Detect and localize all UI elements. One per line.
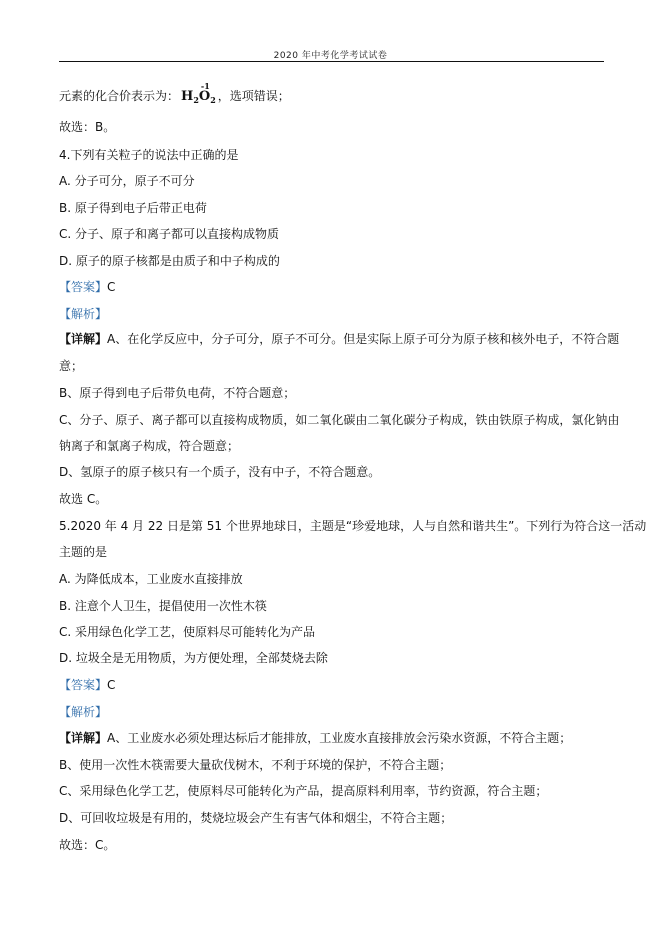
detail-label: 【详解】 [59,731,107,745]
question-5-stem-line2: 主题的是 [59,544,107,560]
header-divider [59,61,604,62]
question-5-detail-line: 【详解】A、工业废水必须处理达标后才能排放，工业废水直接排放会污染水资源，不符合… [59,730,571,746]
question-5-detail-line: B、使用一次性木筷需要大量砍伐树木，不利于环境的保护，不符合主题； [59,757,451,773]
answer-label: 【答案】 [59,678,107,692]
question-5-option-b: B. 注意个人卫生，提倡使用一次性木筷 [59,598,267,614]
question-4-option-b: B. 原子得到电子后带正电荷 [59,200,207,216]
question-5-detail-line: D、可回收垃圾是有用的，焚烧垃圾会产生有害气体和烟尘，不符合主题； [59,810,452,826]
question-4-detail-line: 【详解】A、在化学反应中，分子可分，原子不可分。但是实际上原子可分为原子核和核外… [59,331,619,347]
header-title: 2020 年中考化学考试试卷 [0,48,661,61]
question-5-stem-line1: 5.2020 年 4 月 22 日是第 51 个世界地球日，主题是“珍爱地球，人… [59,518,646,534]
question-4-detail-line: C、分子、原子、离子都可以直接构成物质，如二氧化碳由二氧化碳分子构成，铁由铁原子… [59,412,619,428]
detail-label: 【详解】 [59,332,107,346]
question-4-option-c: C. 分子、原子和离子都可以直接构成物质 [59,226,279,242]
question-4-detail-line: 钠离子和氯离子构成，符合题意； [59,438,239,454]
question-4-detail-line: B、原子得到电子后带负电荷，不符合题意； [59,385,295,401]
question-4-option-a: A. 分子可分，原子不可分 [59,173,195,189]
question-4-detail-line: D、氢原子的原子核只有一个质子，没有中子，不符合题意。 [59,464,380,480]
answer-label: 【答案】 [59,280,107,294]
valence-mark: -1 [201,78,210,94]
question-5-option-a: A. 为降低成本，工业废水直接排放 [59,571,243,587]
question-4-option-d: D. 原子的原子核都是由质子和中子构成的 [59,253,280,269]
question-4-analysis-label: 【解析】 [59,306,107,322]
question-4-detail-line: 意； [59,358,83,374]
h2o2-formula: H2-1O2 [181,89,216,108]
question-4-answer: 【答案】C [59,279,115,295]
question-5-option-d: D. 垃圾全是无用物质，为方便处理，全部焚烧去除 [59,650,328,666]
question-5-option-c: C. 采用绿色化学工艺，使原料尽可能转化为产品 [59,624,315,640]
valence-line: 元素的化合价表示为：H2-1O2，选项错误； [59,88,290,108]
answer-value: C [107,280,115,294]
prev-choice: 故选：B。 [59,119,115,135]
valence-text-after: ，选项错误； [218,89,290,103]
question-5-choice: 故选：C。 [59,837,115,853]
question-5-analysis-label: 【解析】 [59,704,107,720]
question-4-stem: 4.下列有关粒子的说法中正确的是 [59,147,238,163]
question-4-choice: 故选 C。 [59,491,107,507]
question-5-detail-line: C、采用绿色化学工艺，使原料尽可能转化为产品，提高原料利用率，节约资源，符合主题… [59,783,547,799]
answer-value: C [107,678,115,692]
question-5-answer: 【答案】C [59,677,115,693]
valence-text-before: 元素的化合价表示为： [59,89,179,103]
